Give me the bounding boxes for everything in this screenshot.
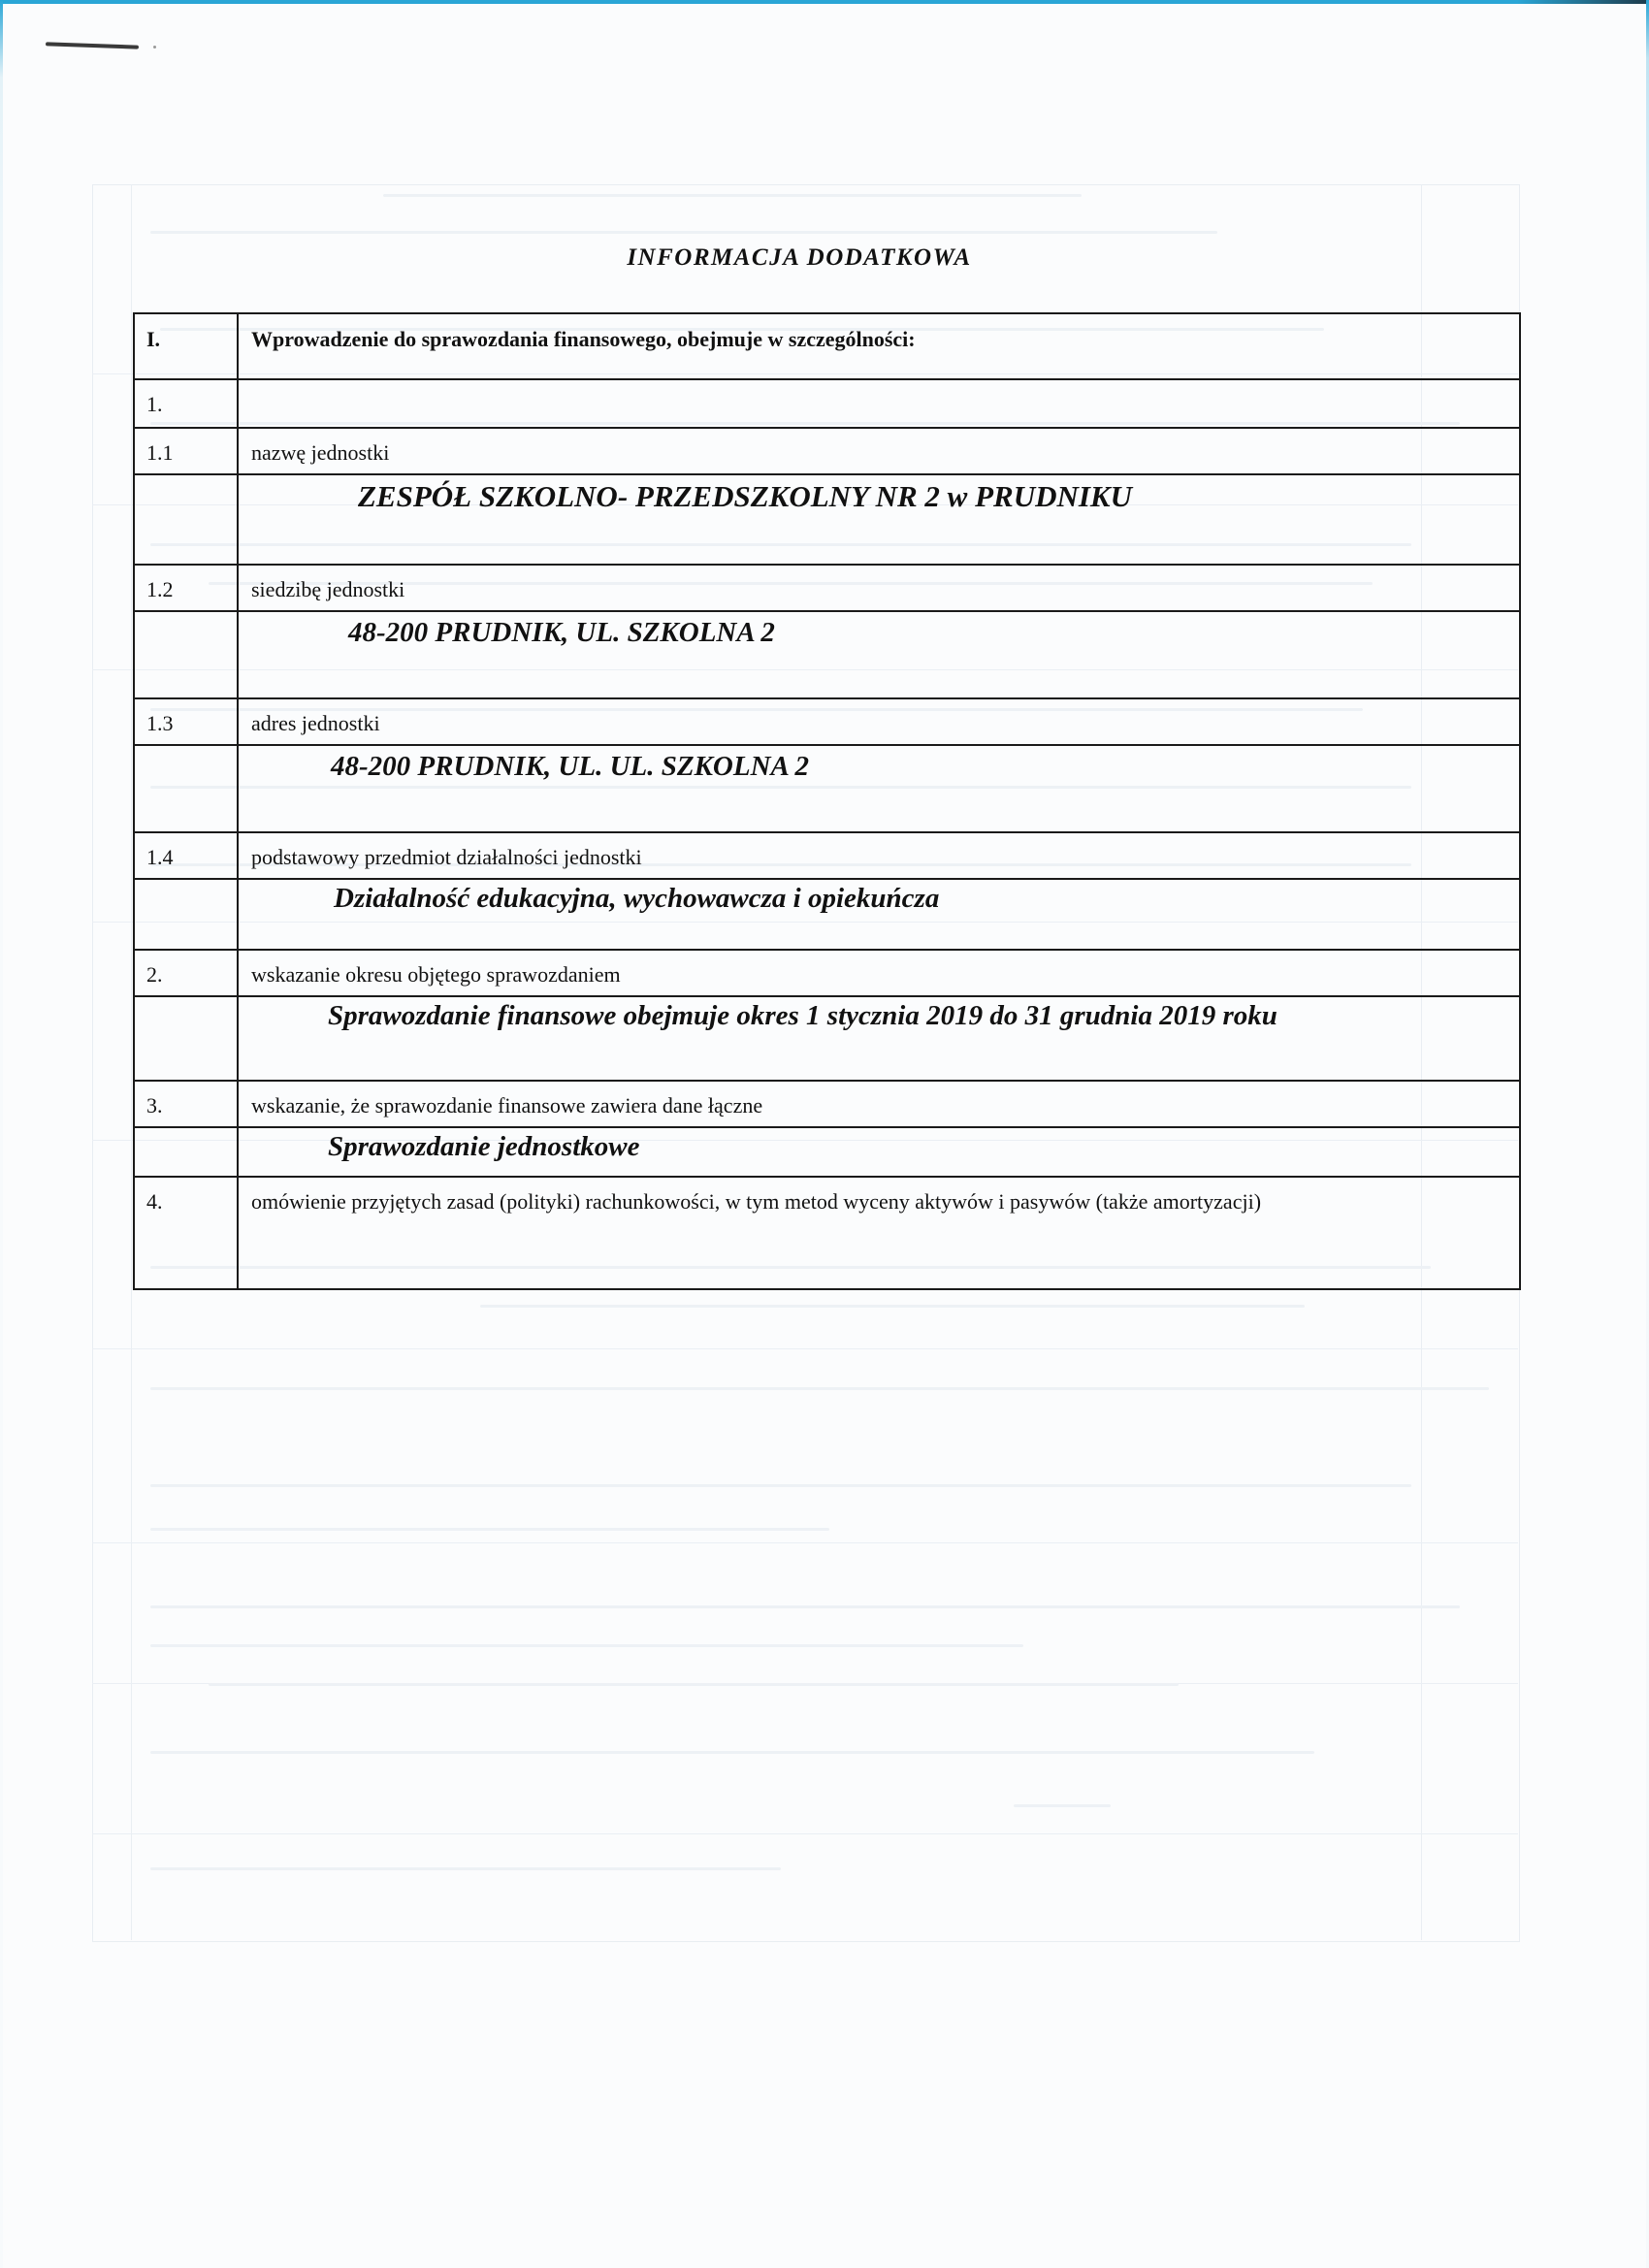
document-title-text: INFORMACJA DODATKOWA <box>627 244 971 271</box>
table-row: 2. wskazanie okresu objętego sprawozdani… <box>134 950 1520 996</box>
table-row: 1.2 siedzibę jednostki <box>134 565 1520 611</box>
document-title: INFORMACJA DODATKOWA <box>0 244 1649 272</box>
row-number: 1. <box>134 379 238 428</box>
row-number: 1.3 <box>134 698 238 745</box>
section-header-row: I. Wprowadzenie do sprawozdania finansow… <box>134 313 1520 379</box>
table-row: 1. <box>134 379 1520 428</box>
row-number: 1.2 <box>134 565 238 611</box>
reporting-period-value: Sprawozdanie finansowe obejmuje okres 1 … <box>251 997 1502 1032</box>
section-heading: Wprowadzenie do sprawozdania finansowego… <box>238 313 1520 379</box>
table-row: 4. omówienie przyjętych zasad (polityki)… <box>134 1177 1520 1289</box>
table-row: 1.1 nazwę jednostki <box>134 428 1520 474</box>
activity-value: Działalność edukacyjna, wychowawcza i op… <box>251 880 1502 915</box>
table-row-value: Sprawozdanie jednostkowe <box>134 1127 1520 1177</box>
table-row-value: Sprawozdanie finansowe obejmuje okres 1 … <box>134 996 1520 1081</box>
unit-address-value: 48-200 PRUDNIK, UL. UL. SZKOLNA 2 <box>251 746 1502 783</box>
row-number: 2. <box>134 950 238 996</box>
row-label: adres jednostki <box>238 698 1520 745</box>
unit-seat-value: 48-200 PRUDNIK, UL. SZKOLNA 2 <box>251 612 1502 649</box>
table-row: 1.3 adres jednostki <box>134 698 1520 745</box>
table-row-value: 48-200 PRUDNIK, UL. SZKOLNA 2 <box>134 611 1520 698</box>
row-number: 4. <box>134 1177 238 1289</box>
row-label: siedzibę jednostki <box>238 565 1520 611</box>
unit-name-value: ZESPÓŁ SZKOLNO- PRZEDSZKOLNY NR 2 w PRUD… <box>251 475 1502 514</box>
report-type-value: Sprawozdanie jednostkowe <box>251 1128 1502 1163</box>
scan-edge-top <box>0 0 1649 4</box>
table-row-value: 48-200 PRUDNIK, UL. UL. SZKOLNA 2 <box>134 745 1520 832</box>
row-number: 1.4 <box>134 832 238 879</box>
row-label: wskazanie, że sprawozdanie finansowe zaw… <box>238 1081 1520 1127</box>
row-number: 1.1 <box>134 428 238 474</box>
introduction-table: I. Wprowadzenie do sprawozdania finansow… <box>133 312 1521 1290</box>
table-row-value: Działalność edukacyjna, wychowawcza i op… <box>134 879 1520 950</box>
section-number: I. <box>134 313 238 379</box>
scan-pen-mark <box>46 42 139 49</box>
row-label: nazwę jednostki <box>238 428 1520 474</box>
table-row: 3. wskazanie, że sprawozdanie finansowe … <box>134 1081 1520 1127</box>
row-number: 3. <box>134 1081 238 1127</box>
row-label: wskazanie okresu objętego sprawozdaniem <box>238 950 1520 996</box>
scan-speck <box>153 46 156 49</box>
row-label: omówienie przyjętych zasad (polityki) ra… <box>238 1177 1520 1289</box>
row-label <box>238 379 1520 428</box>
row-label: podstawowy przedmiot działalności jednos… <box>238 832 1520 879</box>
table-row-value: ZESPÓŁ SZKOLNO- PRZEDSZKOLNY NR 2 w PRUD… <box>134 474 1520 565</box>
scan-edge-left <box>0 0 3 2268</box>
table-row: 1.4 podstawowy przedmiot działalności je… <box>134 832 1520 879</box>
